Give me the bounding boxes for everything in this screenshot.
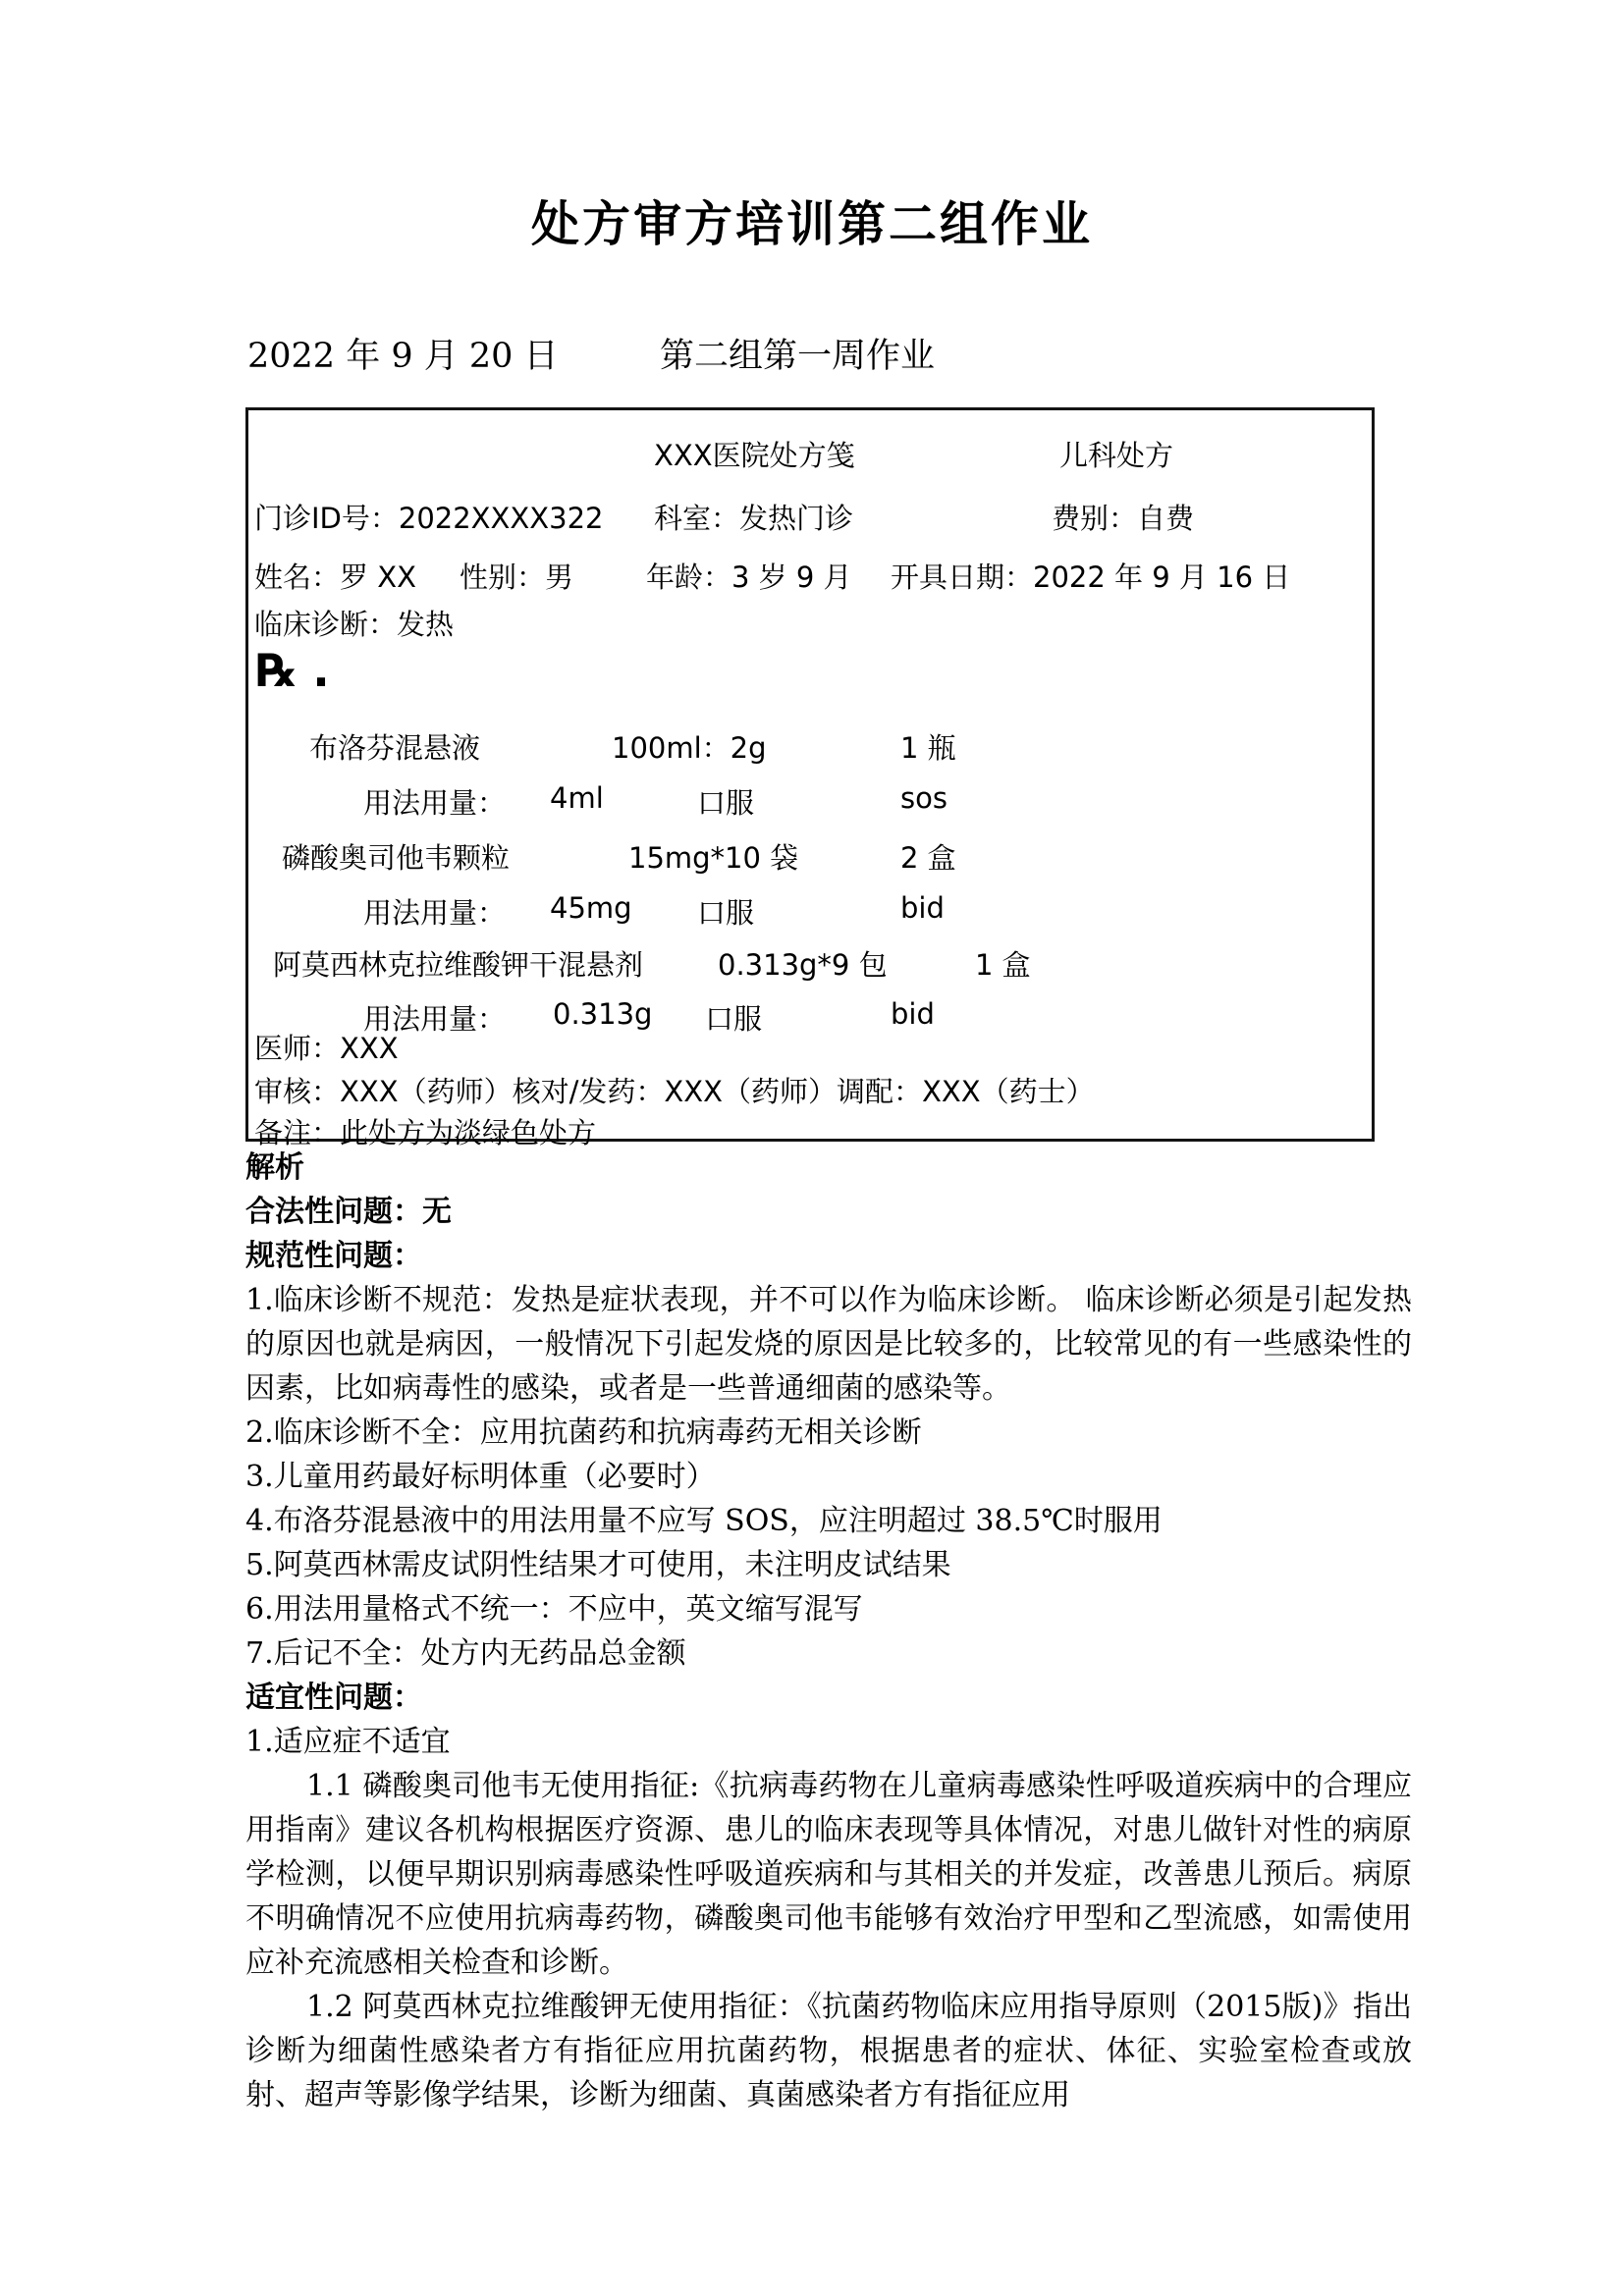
document-page: 处方审方培训第二组作业 2022 年 9 月 20 日 第二组第一周作业 XXX… (0, 0, 1624, 2296)
medication-spec: 15mg*10 袋 (628, 836, 798, 877)
patient-gender: 性别：男 (460, 556, 573, 596)
standardization-item: 4.布洛芬混悬液中的用法用量不应写 SOS，应注明超过 38.5℃时服用 (245, 1499, 1412, 1543)
assignment-subtitle: 第二组第一周作业 (660, 329, 935, 378)
usage-dose: 0.313g (553, 997, 652, 1031)
outpatient-id: 门诊ID号：2022XXXX322 (254, 497, 604, 537)
fee-type: 费别：自费 (1052, 497, 1194, 537)
suitability-item: 1.1 磷酸奥司他韦无使用指征:《抗病毒药物在儿童病毒感染性呼吸道疾病中的合理应… (245, 1764, 1412, 1985)
usage-route: 口服 (697, 891, 754, 932)
usage-frequency: bid (891, 997, 935, 1031)
prescription-type-header: 儿科处方 (1059, 434, 1173, 474)
standardization-item: 2.临床诊断不全：应用抗菌药和抗病毒药无相关诊断 (245, 1411, 1412, 1455)
usage-frequency: bid (900, 891, 945, 925)
medication-quantity: 2 盒 (900, 836, 956, 877)
suitability-item: 1.2 阿莫西林克拉维酸钾无使用指征：《抗菌药物临床应用指导原则（2015版)》… (245, 1985, 1412, 2117)
standardization-item: 7.后记不全：处方内无药品总金额 (245, 1631, 1412, 1676)
prescription-box: XXX医院处方笺 儿科处方 门诊ID号：2022XXXX322 科室：发热门诊 … (245, 407, 1375, 1142)
patient-name: 姓名：罗 XX (254, 556, 416, 596)
patient-age: 年龄：3 岁 9 月 (646, 556, 852, 596)
usage-route: 口服 (697, 781, 754, 822)
standardization-item: 3.儿童用药最好标明体重（必要时） (245, 1455, 1412, 1499)
standardization-item: 1.临床诊断不规范：发热是症状表现，并不可以作为临床诊断。 临床诊断必须是引起发… (245, 1278, 1412, 1411)
standardization-heading: 规范性问题： (245, 1234, 1412, 1278)
suitability-item: 1.适应症不适宜 (245, 1720, 1412, 1764)
usage-dose: 4ml (550, 781, 604, 815)
standardization-item: 6.用法用量格式不统一：不应中，英文缩写混写 (245, 1587, 1412, 1631)
usage-label: 用法用量： (363, 891, 506, 932)
medication-quantity: 1 盒 (975, 943, 1031, 984)
standardization-item: 5.阿莫西林需皮试阴性结果才可使用，未注明皮试结果 (245, 1543, 1412, 1587)
medication-spec: 0.313g*9 包 (718, 943, 888, 984)
usage-route: 口服 (705, 997, 762, 1038)
medication-name: 布洛芬混悬液 (309, 726, 480, 767)
medication-spec: 100ml：2g (612, 726, 767, 767)
document-date: 2022 年 9 月 20 日 (247, 329, 559, 378)
page-title: 处方审方培训第二组作业 (0, 187, 1624, 255)
clinical-diagnosis: 临床诊断：发热 (254, 603, 454, 643)
rx-symbol: ℞ . (256, 644, 330, 697)
medication-name: 磷酸奥司他韦颗粒 (282, 836, 510, 877)
legality-line: 合法性问题：无 (245, 1190, 1412, 1234)
suitability-heading: 适宜性问题： (245, 1676, 1412, 1720)
issue-date: 开具日期：2022 年 9 月 16 日 (891, 556, 1290, 596)
hospital-header: XXX医院处方笺 (654, 434, 855, 474)
review-dispense-line: 审核：XXX（药师）核对/发药：XXX（药师）调配：XXX（药士） (254, 1070, 1095, 1110)
physician-line: 医师：XXX (254, 1027, 399, 1067)
medication-quantity: 1 瓶 (900, 726, 956, 767)
medication-name: 阿莫西林克拉维酸钾干混悬剂 (273, 943, 643, 984)
analysis-heading: 解析 (245, 1146, 1412, 1190)
usage-label: 用法用量： (363, 781, 506, 822)
analysis-section: 解析 合法性问题：无 规范性问题： 1.临床诊断不规范：发热是症状表现，并不可以… (245, 1146, 1412, 2117)
usage-frequency: sos (900, 781, 947, 815)
usage-dose: 45mg (550, 891, 632, 925)
department: 科室：发热门诊 (654, 497, 853, 537)
